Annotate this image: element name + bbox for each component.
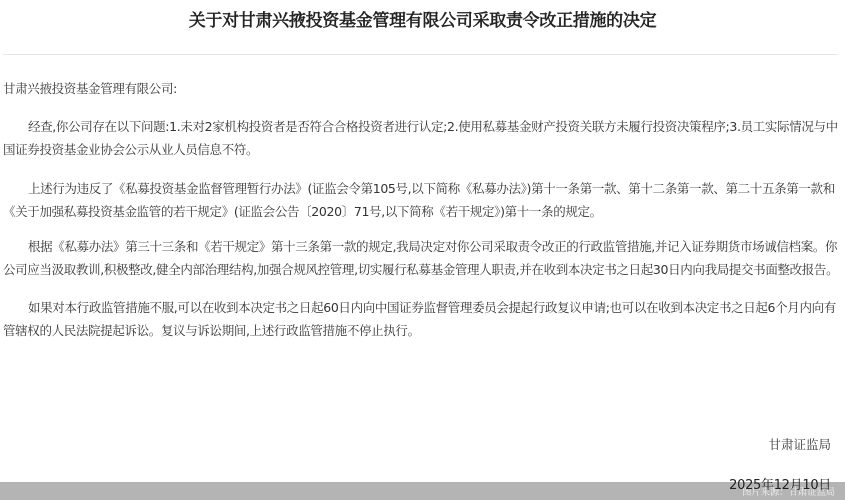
salutation: 甘肃兴掖投资基金管理有限公司: [3,77,843,100]
paragraph-decision: 根据《私募办法》第三十三条和《若干规定》第十三条第一款的规定,我局决定对你公司采… [3,235,843,281]
paragraph-violations: 上述行为违反了《私募投资基金监督管理暂行办法》(证监会令第105号,以下简称《私… [3,177,843,223]
image-source-bar: 图片来源：甘肃证监局 [0,482,845,500]
paragraph-findings: 经查,你公司存在以下问题:1.未对2家机构投资者是否符合合格投资者进行认定;2.… [3,115,843,161]
paragraph-appeal-rights: 如果对本行政监管措施不服,可以在收到本决定书之日起60日内向中国证券监督管理委员… [3,296,843,342]
title-divider [3,54,838,55]
document-date: 2025年12月10日 [729,474,831,493]
signature-authority: 甘肃证监局 [768,435,831,453]
document-title: 关于对甘肃兴掖投资基金管理有限公司采取责令改正措施的决定 [0,9,845,33]
